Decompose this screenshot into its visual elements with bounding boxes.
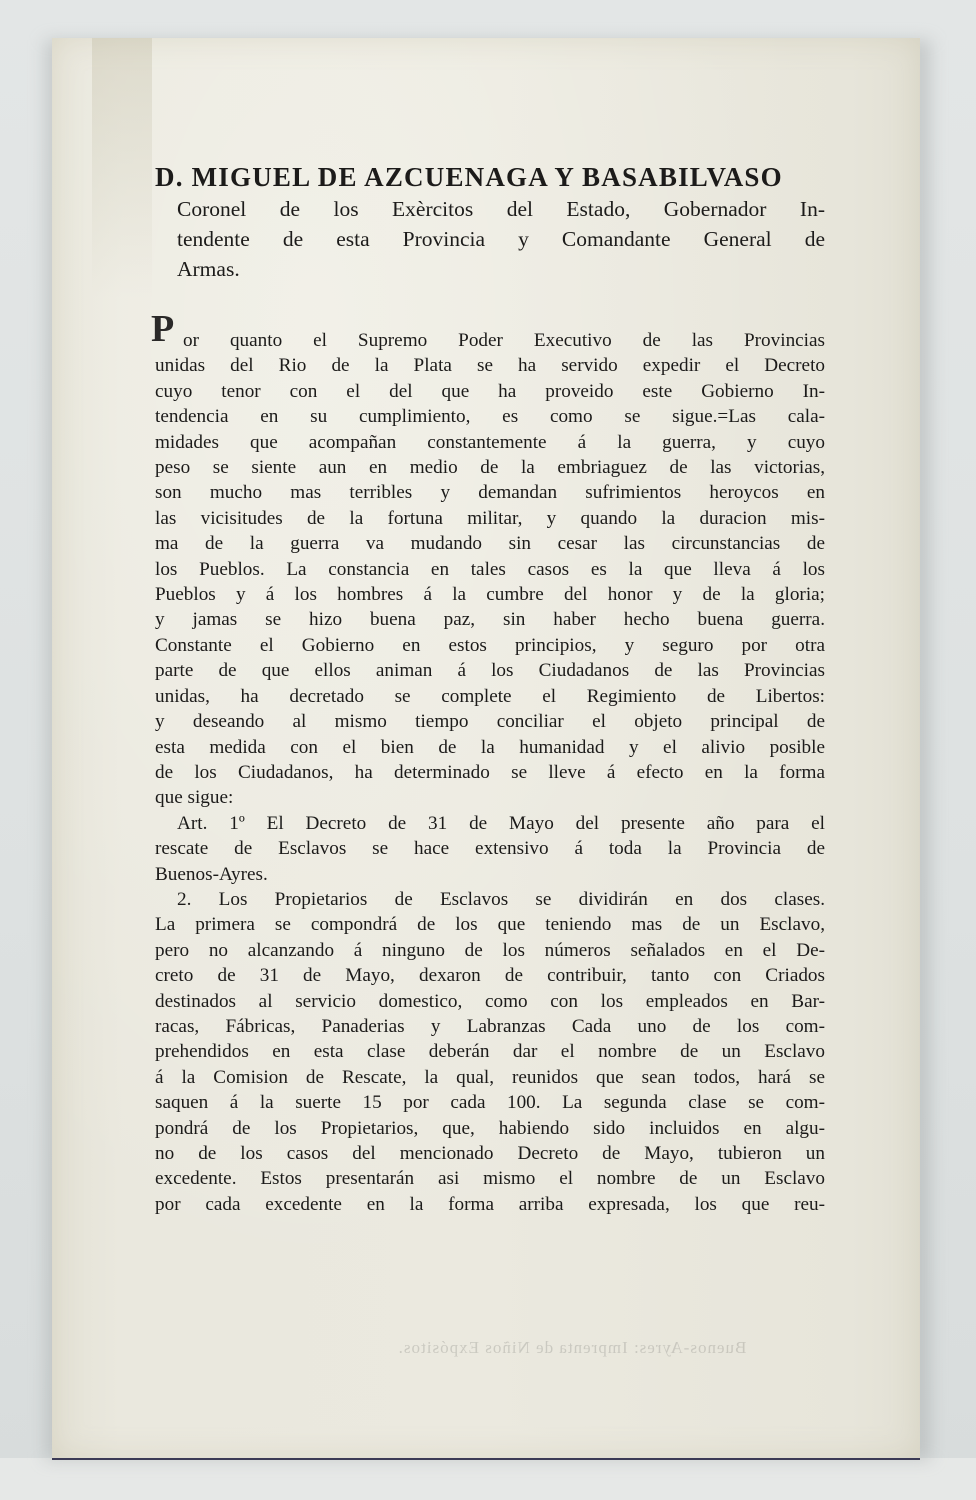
body-line: parte de que ellos animan á los Ciudadan… (155, 658, 825, 683)
subtitle-line: tendente de esta Provincia y Comandante … (177, 224, 825, 254)
article-2-line: prehendidos en esta clase deberán dar el… (155, 1039, 825, 1064)
document-subtitle: Coronel de los Exèrcitos del Estado, Gob… (177, 194, 825, 284)
body-line: las vicisitudes de la fortuna militar, y… (155, 506, 825, 531)
subtitle-line: Coronel de los Exèrcitos del Estado, Gob… (177, 194, 825, 224)
document-body: P or quanto el Supremo Poder Executivo d… (155, 328, 825, 1217)
article-2-line: La primera se compondrá de los que tenie… (155, 912, 825, 937)
article-2-line: destinados al servicio domestico, como c… (155, 989, 825, 1014)
body-line: midades que acompañan constantemente á l… (155, 430, 825, 455)
body-line: unidas del Rio de la Plata se ha servido… (155, 353, 825, 378)
show-through-imprint: Buenos-Ayres: Imprenta de Niños Expósito… (292, 1338, 852, 1358)
body-line: y jamas se hizo buena paz, sin haber hec… (155, 607, 825, 632)
article-2-line: no de los casos del mencionado Decreto d… (155, 1141, 825, 1166)
body-line: tendencia en su cumplimiento, es como se… (155, 404, 825, 429)
body-line: son mucho mas terribles y demandan sufri… (155, 480, 825, 505)
body-line: cuyo tenor con el del que ha proveido es… (155, 379, 825, 404)
document-title: D. MIGUEL DE AZCUENAGA Y BASABILVASO (155, 160, 825, 194)
subtitle-line: Armas. (177, 254, 825, 284)
article-2-line: pero no alcanzando á ninguno de los núme… (155, 938, 825, 963)
body-line: unidas, ha decretado se complete el Regi… (155, 684, 825, 709)
article-2-line: por cada excedente en la forma arriba ex… (155, 1192, 825, 1217)
drop-cap: P (151, 310, 174, 348)
article-2-line: pondrá de los Propietarios, que, habiend… (155, 1116, 825, 1141)
article-1-line: Art. 1º El Decreto de 31 de Mayo del pre… (155, 811, 825, 836)
article-1-line: Buenos-Ayres. (155, 862, 825, 887)
body-line: esta medida con el bien de la humanidad … (155, 735, 825, 760)
table-surface (0, 1458, 976, 1500)
decree-text: D. MIGUEL DE AZCUENAGA Y BASABILVASO Cor… (155, 160, 825, 1217)
body-line: Pueblos y á los hombres á la cumbre del … (155, 582, 825, 607)
article-2-line: racas, Fábricas, Panaderias y Labranzas … (155, 1014, 825, 1039)
body-line: los Pueblos. La constancia en tales caso… (155, 557, 825, 582)
paper-stain (92, 38, 152, 298)
article-1-line: rescate de Esclavos se hace extensivo á … (155, 836, 825, 861)
article-2-line: creto de 31 de Mayo, dexaron de contribu… (155, 963, 825, 988)
article-2-line: saquen á la suerte 15 por cada 100. La s… (155, 1090, 825, 1115)
body-line: que sigue: (155, 785, 825, 810)
body-line: y deseando al mismo tiempo conciliar el … (155, 709, 825, 734)
body-line: peso se siente aun en medio de la embria… (155, 455, 825, 480)
body-line: Constante el Gobierno en estos principio… (155, 633, 825, 658)
article-2-line: 2. Los Propietarios de Esclavos se divid… (155, 887, 825, 912)
body-line: or quanto el Supremo Poder Executivo de … (155, 328, 825, 353)
article-2-line: á la Comision de Rescate, la qual, reuni… (155, 1065, 825, 1090)
body-line: de los Ciudadanos, ha determinado se lle… (155, 760, 825, 785)
article-2-line: excedente. Estos presentarán asi mismo e… (155, 1166, 825, 1191)
body-line: ma de la guerra va mudando sin cesar las… (155, 531, 825, 556)
